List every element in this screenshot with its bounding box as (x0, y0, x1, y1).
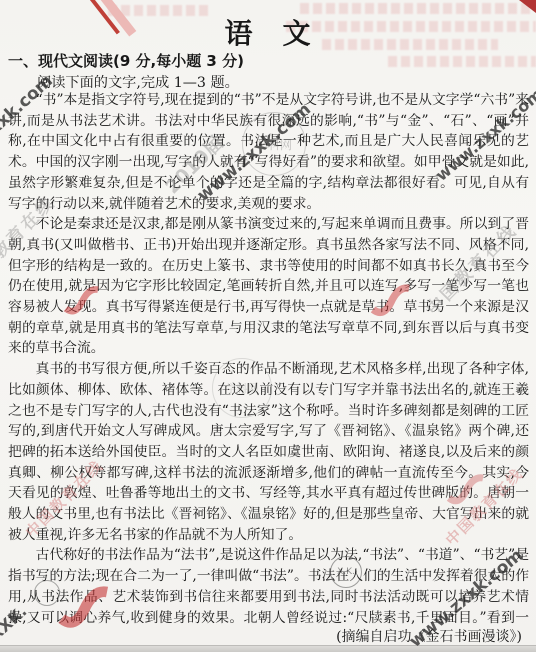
page-title: 语 文 (0, 12, 536, 52)
body-paragraph: 真书的书写很方便,所以千姿百态的作品不断涌现,艺术风格多样,出现了各种字体,比如… (8, 359, 529, 545)
section-heading: 一、现代文阅读(9 分,每小题 3 分) (8, 50, 244, 71)
reading-instruction: 阅读下面的文字,完成 1—3 题。 (37, 72, 239, 92)
scan-edge (0, 645, 536, 652)
body-paragraph: “书”本是指文字符号,现在提到的“书”不是从文字符号讲,也不是从文字学“六书”来… (8, 90, 529, 214)
body-paragraph: 不论是秦隶还是汉隶,都是刚从篆书演变过来的,写起来单调而且费事。所以到了晋朝,真… (8, 214, 529, 359)
body-paragraph: 古代称好的书法作品为“法书”,是说这件作品足以为法,“书法”、“书道”、“书艺”… (8, 545, 529, 626)
source-attribution: (摘编自启功《金石书画漫谈》) (336, 626, 522, 646)
scanned-exam-page: { "document": { "title": "语 文", "section… (0, 0, 536, 652)
bleedthrough-text-artifact (388, 56, 536, 67)
passage-body: “书”本是指文字符号,现在提到的“书”不是从文字符号讲,也不是从文字学“六书”来… (8, 90, 529, 626)
